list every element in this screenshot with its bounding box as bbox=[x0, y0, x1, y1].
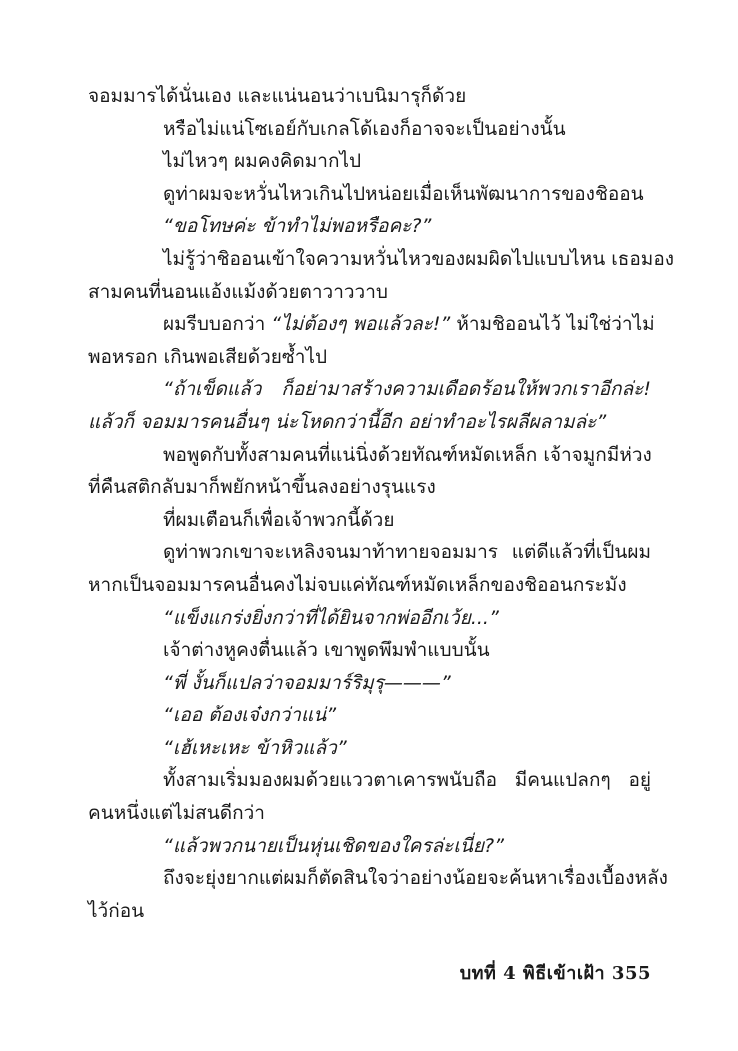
page-body: จอมมารได้นั่นเอง และแน่นอนว่าเบนิมารุก็ด… bbox=[88, 80, 651, 927]
text-line: ไม่รู้ว่าชิออนเข้าใจความหวั่นไหวของผมผิด… bbox=[88, 243, 651, 276]
text-line: พอพูดกับทั้งสามคนที่แน่นิ่งด้วยทัณฑ์หมัด… bbox=[88, 439, 651, 472]
text-line: จอมมารได้นั่นเอง และแน่นอนว่าเบนิมารุก็ด… bbox=[88, 80, 651, 113]
text-line: ที่คืนสติกลับมาก็พยักหน้าขึ้นลงอย่างรุนแ… bbox=[88, 471, 651, 504]
dialogue-line: “เออ ต้องเจ๋งกว่าแน่” bbox=[88, 699, 651, 732]
dialogue-line: “เฮ้เหะเหะ ข้าหิวแล้ว” bbox=[88, 732, 651, 765]
dialogue-line: “ขอโทษค่ะ ข้าทำไม่พอหรือคะ?” bbox=[88, 210, 651, 243]
text-line: เจ้าต่างหูคงตื่นแล้ว เขาพูดพึมพำแบบนั้น bbox=[88, 634, 651, 667]
text-line: หากเป็นจอมมารคนอื่นคงไม่จบแค่ทัณฑ์หมัดเห… bbox=[88, 569, 651, 602]
text-line: ดูท่าพวกเขาจะเหลิงจนมาท้าทายจอมมาร แต่ดี… bbox=[88, 536, 651, 569]
text-line: หรือไม่แน่โซเอย์กับเกลโด้เองก็อาจจะเป็นอ… bbox=[88, 113, 651, 146]
dialogue-text: “ไม่ต้องๆ พอแล้วละ!” bbox=[271, 313, 450, 335]
text-line: ไม่ไหวๆ ผมคงคิดมากไป bbox=[88, 145, 651, 178]
text-line: พอหรอก เกินพอเสียด้วยซ้ำไป bbox=[88, 341, 651, 374]
text-line: ดูท่าผมจะหวั่นไหวเกินไปหน่อยเมื่อเห็นพัฒ… bbox=[88, 178, 651, 211]
running-footer: บทที่ 4 พิธีเข้าเฝ้า 355 bbox=[460, 958, 651, 987]
text-line: คนหนึ่งแต่ไม่สนดีกว่า bbox=[88, 797, 651, 830]
dialogue-line: แล้วก็ จอมมารคนอื่นๆ น่ะโหดกว่านี้อีก อย… bbox=[88, 406, 651, 439]
text-line: ที่ผมเตือนก็เพื่อเจ้าพวกนี้ด้วย bbox=[88, 504, 651, 537]
text-line: ทั้งสามเริ่มมองผมด้วยแววตาเคารพนับถือ มี… bbox=[88, 764, 651, 797]
text-line: สามคนที่นอนแอ้งแม้งด้วยตาวาววาบ bbox=[88, 276, 651, 309]
dialogue-line: “แข็งแกร่งยิ่งกว่าที่ได้ยินจากพ่ออีกเว้ย… bbox=[88, 602, 651, 635]
dialogue-line: “ถ้าเข็ดแล้ว ก็อย่ามาสร้างความเดือดร้อนใ… bbox=[88, 373, 651, 406]
narration-text: ห้ามชิออนไว้ ไม่ใช่ว่าไม่ bbox=[450, 313, 654, 335]
text-line: ถึงจะยุ่งยากแต่ผมก็ตัดสินใจว่าอย่างน้อยจ… bbox=[88, 862, 651, 895]
text-line: ไว้ก่อน bbox=[88, 895, 651, 928]
narration-text: ผมรีบบอกว่า bbox=[163, 313, 271, 335]
mixed-text-line: ผมรีบบอกว่า “ไม่ต้องๆ พอแล้วละ!” ห้ามชิอ… bbox=[88, 308, 651, 341]
dialogue-line: “พี่ งั้นก็แปลว่าจอมมาร์ริมุรุ———” bbox=[88, 667, 651, 700]
dialogue-line: “แล้วพวกนายเป็นหุ่นเชิดของใครล่ะเนี่ย?” bbox=[88, 830, 651, 863]
